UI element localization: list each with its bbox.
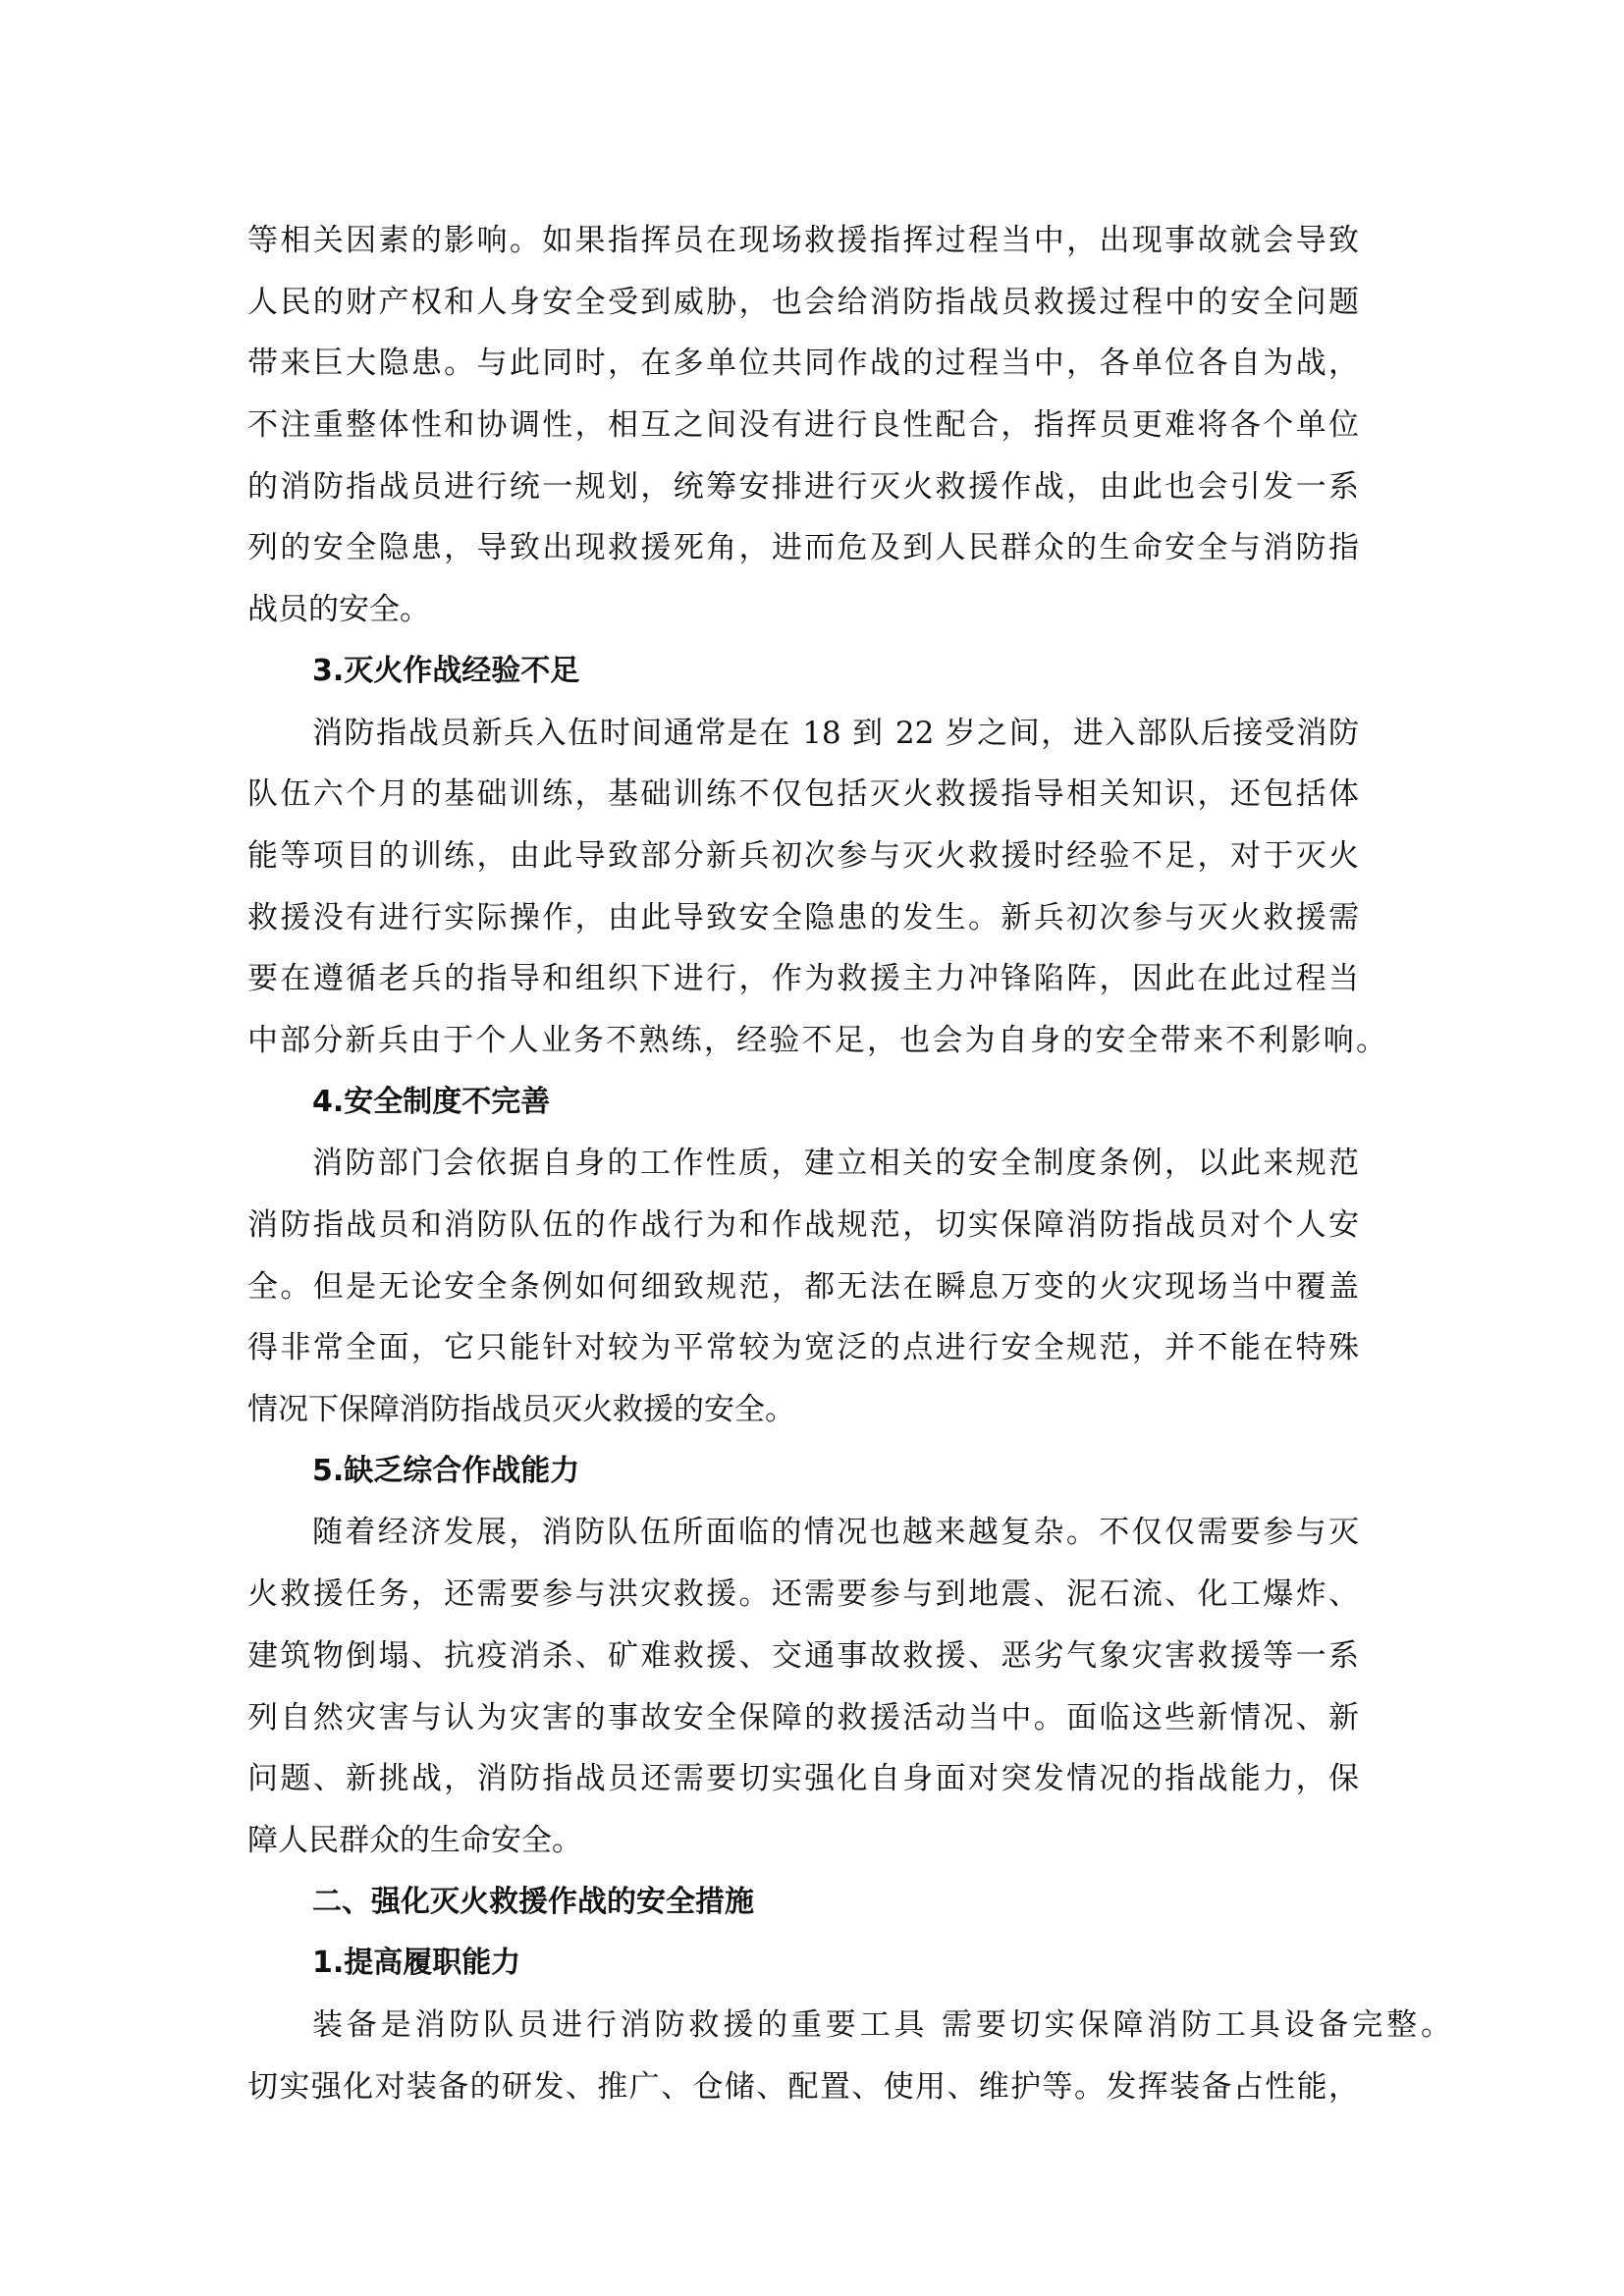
- text-line: 队伍六个月的基础训练，基础训练不仅包括灭火救援指导相关知识，还包括体: [247, 764, 1359, 826]
- text-line: 得非常全面，它只能针对较为平常较为宽泛的点进行安全规范，并不能在特殊: [247, 1317, 1359, 1379]
- text-line: 消防指战员新兵入伍时间通常是在 18 到 22 岁之间，进入部队后接受消防: [247, 703, 1359, 765]
- text-line: 救援没有进行实际操作，由此导致安全隐患的发生。新兵初次参与灭火救援需: [247, 887, 1359, 949]
- paragraph-continuation: 等相关因素的影响。如果指挥员在现场救援指挥过程当中，出现事故就会导致 人民的财产…: [247, 210, 1359, 641]
- text-line: 带来巨大隐患。与此同时，在多单位共同作战的过程当中，各单位各自为战，: [247, 333, 1359, 395]
- text-line: 列的安全隐患，导致出现救援死角，进而危及到人民群众的生命安全与消防指: [247, 517, 1359, 579]
- text-line: 消防指战员和消防队伍的作战行为和作战规范，切实保障消防指战员对个人安: [247, 1195, 1359, 1256]
- text-line: 战员的安全。: [247, 579, 1359, 641]
- paragraph-combat-capability: 随着经济发展，消防队伍所面临的情况也越来越复杂。不仅仅需要参与灭 火救援任务，还…: [247, 1502, 1359, 1871]
- paragraph-combat-experience: 消防指战员新兵入伍时间通常是在 18 到 22 岁之间，进入部队后接受消防 队伍…: [247, 703, 1359, 1072]
- text-line: 全。但是无论安全条例如何细致规范，都无法在瞬息万变的火灾现场当中覆盖: [247, 1256, 1359, 1318]
- text-line: 人民的财产权和人身安全受到威胁，也会给消防指战员救援过程中的安全问题: [247, 272, 1359, 334]
- section-heading-2: 二、强化灭火救援作战的安全措施: [247, 1872, 1359, 1934]
- text-line: 建筑物倒塌、抗疫消杀、矿难救援、交通事故救援、恶劣气象灾害救援等一系: [247, 1626, 1359, 1687]
- subsection-heading-3: 3.灭火作战经验不足: [247, 641, 1359, 703]
- text-line: 火救援任务，还需要参与洪灾救援。还需要参与到地震、泥石流、化工爆炸、: [247, 1564, 1359, 1626]
- subsection-heading-1: 1.提高履职能力: [247, 1933, 1359, 1995]
- text-line: 问题、新挑战，消防指战员还需要切实强化自身面对突发情况的指战能力，保: [247, 1748, 1359, 1810]
- subsection-heading-5: 5.缺乏综合作战能力: [247, 1441, 1359, 1503]
- paragraph-improve-capability: 装备是消防队员进行消防救援的重要工具 需要切实保障消防工具设备完整。 切实强化对…: [247, 1995, 1359, 2117]
- text-line: 切实强化对装备的研发、推广、仓储、配置、使用、维护等。发挥装备占性能，: [247, 2056, 1359, 2118]
- text-line: 随着经济发展，消防队伍所面临的情况也越来越复杂。不仅仅需要参与灭: [247, 1502, 1359, 1564]
- text-line: 装备是消防队员进行消防救援的重要工具 需要切实保障消防工具设备完整。: [247, 1995, 1451, 2056]
- document-page: 等相关因素的影响。如果指挥员在现场救援指挥过程当中，出现事故就会导致 人民的财产…: [247, 210, 1359, 2117]
- text-line: 要在遵循老兵的指导和组织下进行，作为救援主力冲锋陷阵，因此在此过程当: [247, 948, 1359, 1010]
- text-line: 中部分新兵由于个人业务不熟练，经验不足，也会为自身的安全带来不利影响。: [247, 1010, 1386, 1072]
- text-line: 的消防指战员进行统一规划，统筹安排进行灭火救援作战，由此也会引发一系: [247, 456, 1359, 518]
- text-line: 消防部门会依据自身的工作性质，建立相关的安全制度条例，以此来规范: [247, 1133, 1359, 1195]
- text-line: 等相关因素的影响。如果指挥员在现场救援指挥过程当中，出现事故就会导致: [247, 210, 1359, 272]
- subsection-heading-4: 4.安全制度不完善: [247, 1072, 1359, 1134]
- text-line: 不注重整体性和协调性，相互之间没有进行良性配合，指挥员更难将各个单位: [247, 395, 1359, 456]
- text-line: 能等项目的训练，由此导致部分新兵初次参与灭火救援时经验不足，对于灭火: [247, 826, 1359, 887]
- text-line: 情况下保障消防指战员灭火救援的安全。: [247, 1379, 1359, 1441]
- text-line: 障人民群众的生命安全。: [247, 1810, 1359, 1872]
- paragraph-safety-system: 消防部门会依据自身的工作性质，建立相关的安全制度条例，以此来规范 消防指战员和消…: [247, 1133, 1359, 1440]
- text-line: 列自然灾害与认为灾害的事故安全保障的救援活动当中。面临这些新情况、新: [247, 1687, 1359, 1749]
